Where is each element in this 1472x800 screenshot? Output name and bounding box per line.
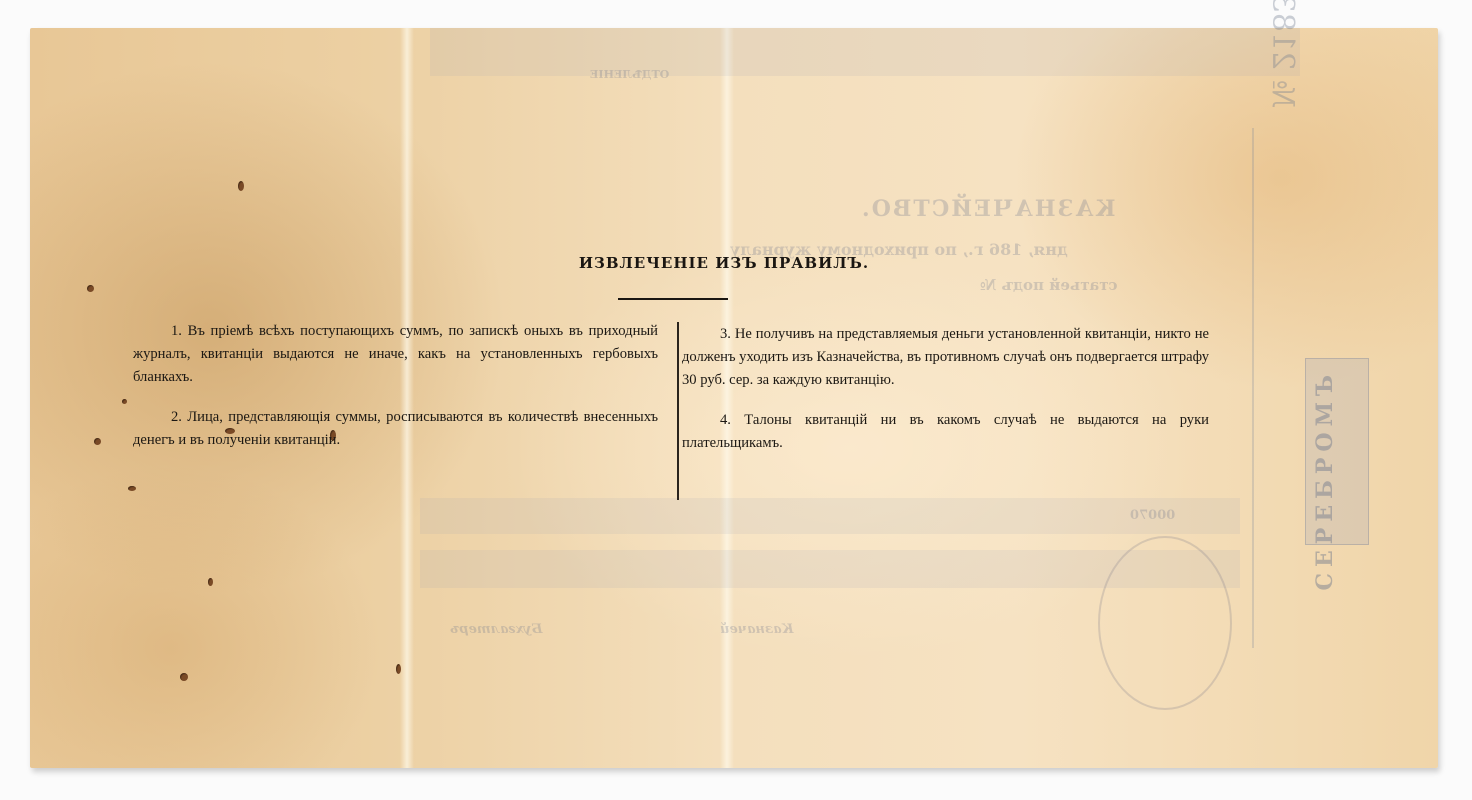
stain (87, 285, 94, 292)
stain (122, 399, 127, 404)
title-rule (618, 298, 728, 300)
bleed-bookkeeper: Бухгалтеръ (450, 622, 542, 637)
column-divider (677, 322, 679, 500)
bleed-vertical-rule (1252, 128, 1254, 648)
rule-4: 4. Талоны квитанцій ни въ какомъ случаѣ … (682, 409, 1209, 455)
bleed-heading: КАЗНАЧЕЙСТВО. (860, 196, 1115, 222)
stain (180, 673, 188, 681)
bleed-serial-box: СЕРЕБРОМЪ (1305, 358, 1369, 545)
bleed-number: 00070 (1130, 508, 1175, 523)
stain (94, 438, 101, 445)
rule-2: 2. Лица, представляющія суммы, росписыва… (133, 406, 658, 452)
rules-column-left: 1. Въ пріемѣ всѣхъ поступающихъ суммъ, п… (133, 320, 658, 469)
bleed-box-text: СЕРЕБРОМЪ (1312, 369, 1338, 591)
bleed-band (420, 498, 1240, 534)
stamp-circle (1098, 536, 1232, 710)
bleed-line: статьей подъ № (980, 276, 1118, 294)
stain (128, 486, 136, 491)
document-title: ИЗВЛЕЧЕНІЕ ИЗЪ ПРАВИЛЪ. (534, 254, 914, 272)
stain (208, 578, 213, 586)
rule-3: 3. Не получивъ на представляемыя деньги … (682, 323, 1209, 392)
bleed-top-label: ОТДѢЛЕНІЕ (590, 68, 669, 81)
stain (238, 181, 244, 191)
rule-1: 1. Въ пріемѣ всѣхъ поступающихъ суммъ, п… (133, 320, 658, 389)
rules-column-right: 3. Не получивъ на представляемыя деньги … (682, 323, 1209, 472)
stain (396, 664, 401, 674)
bleed-treasurer: Казначей (720, 622, 793, 637)
bleed-serial-number: № 218370 (1265, 0, 1300, 108)
bleed-header-band (430, 28, 1300, 76)
